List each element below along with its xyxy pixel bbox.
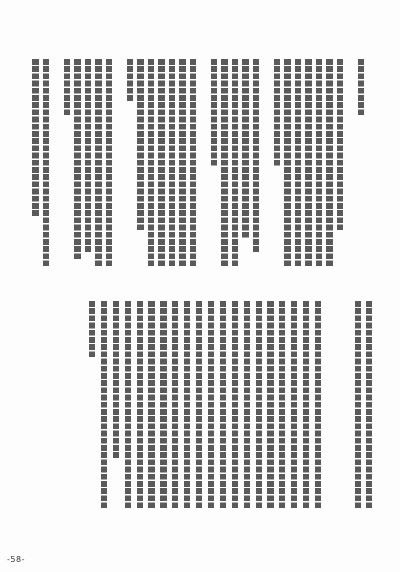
text-column xyxy=(293,59,304,275)
redacted-text xyxy=(95,59,101,266)
text-column xyxy=(146,301,158,517)
paragraph-1 xyxy=(272,59,346,275)
redacted-text xyxy=(303,301,309,508)
redacted-text xyxy=(355,301,361,508)
redacted-text xyxy=(160,301,166,508)
redacted-text xyxy=(101,301,107,508)
redacted-text xyxy=(232,301,238,508)
text-column xyxy=(282,59,293,275)
text-column xyxy=(324,59,335,275)
text-column xyxy=(335,59,346,275)
redacted-text xyxy=(89,301,95,357)
text-column xyxy=(41,59,52,275)
text-column xyxy=(312,301,324,517)
paragraph-break xyxy=(51,59,62,275)
redacted-text xyxy=(43,59,49,266)
redacted-text xyxy=(148,59,154,266)
redacted-text xyxy=(179,59,185,266)
paragraph-break xyxy=(261,59,272,275)
text-column xyxy=(169,301,181,517)
text-column xyxy=(30,59,41,275)
redacted-text xyxy=(85,59,91,252)
redacted-text xyxy=(211,59,217,166)
redacted-text xyxy=(337,59,343,230)
redacted-text xyxy=(127,59,133,101)
redacted-text xyxy=(242,59,248,238)
redacted-text xyxy=(295,59,301,266)
text-column xyxy=(314,59,325,275)
redacted-text xyxy=(316,59,322,266)
redacted-text xyxy=(74,59,80,259)
paragraph-4 xyxy=(62,59,115,275)
lower-text-tier-continuation xyxy=(353,301,375,517)
text-column xyxy=(177,59,188,275)
redacted-text xyxy=(244,301,250,508)
paragraph-2 xyxy=(209,59,262,275)
paragraph-5-continued xyxy=(353,301,375,517)
text-column xyxy=(240,59,251,275)
redacted-text xyxy=(253,59,259,252)
text-column xyxy=(125,59,136,275)
paragraph-break xyxy=(345,59,356,275)
text-column xyxy=(241,301,253,517)
text-column xyxy=(219,59,230,275)
text-column xyxy=(303,59,314,275)
redacted-text xyxy=(221,59,227,266)
text-column xyxy=(167,59,178,275)
redacted-text xyxy=(279,301,285,508)
redacted-text xyxy=(291,301,297,508)
redacted-text xyxy=(137,59,143,230)
title-column xyxy=(356,59,367,275)
redacted-text xyxy=(113,301,119,458)
text-column xyxy=(253,301,265,517)
text-column xyxy=(205,301,217,517)
text-column xyxy=(265,301,277,517)
text-column xyxy=(156,59,167,275)
text-column xyxy=(364,301,375,517)
text-column xyxy=(229,301,241,517)
paragraph-6 xyxy=(86,301,324,517)
redacted-text xyxy=(267,301,273,508)
text-column xyxy=(72,59,83,275)
redacted-text xyxy=(137,301,143,508)
lower-text-tier xyxy=(86,301,324,517)
text-column xyxy=(104,59,115,275)
redacted-text xyxy=(32,59,38,216)
redacted-text xyxy=(274,59,280,166)
text-column xyxy=(188,59,199,275)
text-column xyxy=(353,301,364,517)
redacted-text xyxy=(184,301,190,508)
text-column xyxy=(209,59,220,275)
redacted-text xyxy=(208,301,214,508)
redacted-text xyxy=(125,301,131,508)
text-column xyxy=(98,301,110,517)
redacted-text xyxy=(169,59,175,266)
text-column xyxy=(146,59,157,275)
text-column xyxy=(86,301,98,517)
text-column xyxy=(110,301,122,517)
paragraph-5 xyxy=(30,59,51,275)
text-column xyxy=(181,301,193,517)
text-column xyxy=(122,301,134,517)
text-column xyxy=(288,301,300,517)
redacted-text xyxy=(366,301,372,508)
paragraph-3 xyxy=(125,59,199,275)
redacted-text xyxy=(256,301,262,508)
text-column xyxy=(276,301,288,517)
redacted-text xyxy=(315,301,321,508)
text-column xyxy=(62,59,73,275)
redacted-text xyxy=(158,59,164,266)
redacted-text xyxy=(358,59,364,115)
paragraph-break xyxy=(198,59,209,275)
text-column xyxy=(135,59,146,275)
text-column xyxy=(134,301,146,517)
text-column xyxy=(193,301,205,517)
redacted-text xyxy=(190,59,196,266)
redacted-text xyxy=(196,301,202,508)
text-column xyxy=(300,301,312,517)
redacted-text xyxy=(305,59,311,266)
text-column xyxy=(93,59,104,275)
text-column xyxy=(158,301,170,517)
text-column xyxy=(272,59,283,275)
redacted-text xyxy=(220,301,226,508)
page-number: -58- xyxy=(7,555,25,564)
upper-text-tier xyxy=(30,59,366,275)
text-column xyxy=(217,301,229,517)
paragraph-break xyxy=(114,59,125,275)
redacted-text xyxy=(284,59,290,266)
redacted-text xyxy=(172,301,178,508)
redacted-text xyxy=(232,59,238,266)
book-page: -58- xyxy=(0,0,400,572)
redacted-text xyxy=(326,59,332,266)
redacted-text xyxy=(64,59,70,115)
redacted-text xyxy=(148,301,154,508)
text-column xyxy=(83,59,94,275)
text-column xyxy=(251,59,262,275)
redacted-text xyxy=(106,59,112,266)
text-column xyxy=(230,59,241,275)
